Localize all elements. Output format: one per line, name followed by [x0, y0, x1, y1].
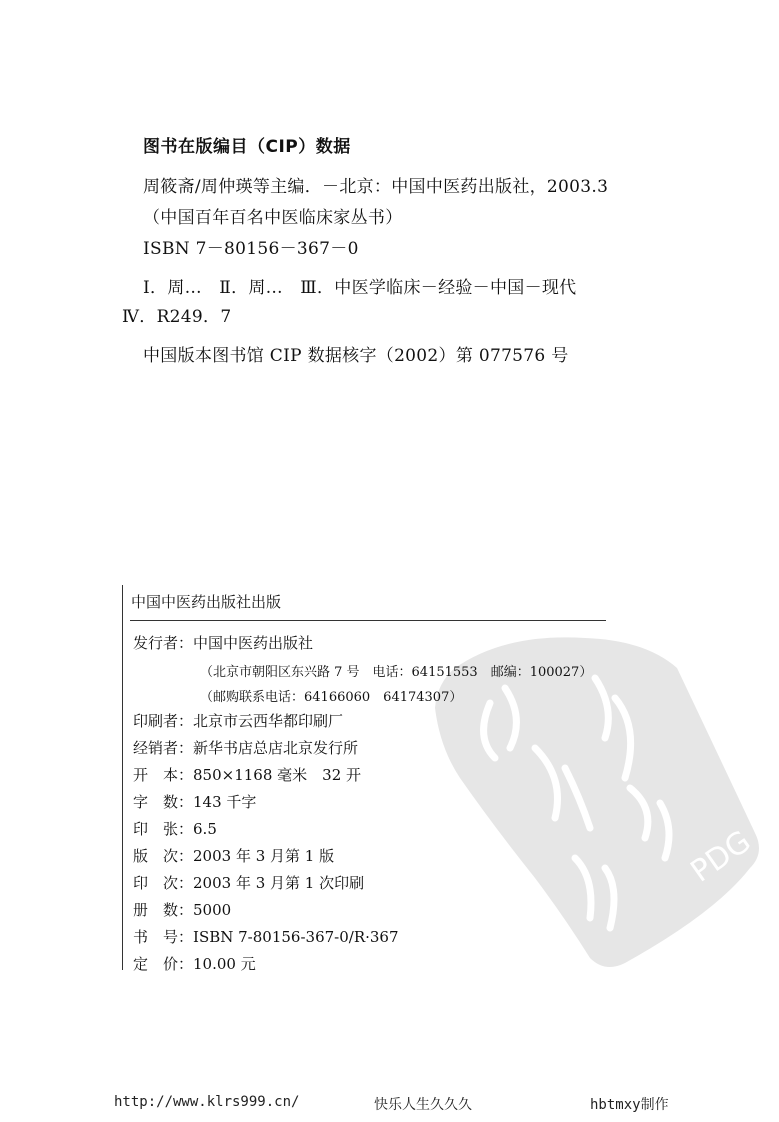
row-label: 定 价：	[133, 953, 193, 974]
row-label: 印 张：	[133, 818, 193, 839]
imprint-row-edition: 版 次：2003 年 3 月第 1 版	[133, 845, 334, 866]
footer-credit: hbtmxy制作	[590, 1094, 669, 1114]
row-value: 新华书店总店北京发行所	[193, 739, 358, 757]
cip-line-isbn: ISBN 7－80156－367－0	[143, 234, 359, 259]
row-value: 143 千字	[193, 793, 256, 811]
cip-line-verification: 中国版本图书馆 CIP 数据核字（2002）第 077576 号	[143, 341, 569, 366]
imprint-row-distributor: 经销者：新华书店总店北京发行所	[133, 737, 358, 758]
row-label: 开 本：	[133, 764, 193, 785]
cip-title: 图书在版编目（CIP）数据	[143, 132, 351, 157]
mail-order-line: （邮购联系电话：64166060 64174307）	[200, 686, 462, 705]
issuer-row: 发行者：中国中医药出版社	[133, 632, 313, 653]
imprint-row-copies: 册 数：5000	[133, 899, 231, 920]
imprint-row-book-number: 书 号：ISBN 7-80156-367-0/R·367	[133, 926, 399, 947]
imprint-row-printing: 印 次：2003 年 3 月第 1 次印刷	[133, 872, 364, 893]
imprint-row-price: 定 价：10.00 元	[133, 953, 256, 974]
row-value: ISBN 7-80156-367-0/R·367	[193, 928, 399, 946]
address-line: （北京市朝阳区东兴路 7 号 电话：64151553 邮编：100027）	[200, 661, 592, 680]
cip-line-series: （中国百年百名中医临床家丛书）	[143, 203, 403, 228]
row-value: 2003 年 3 月第 1 版	[193, 847, 334, 865]
imprint-row-sheets: 印 张：6.5	[133, 818, 217, 839]
publisher-heading: 中国中医药出版社出版	[131, 591, 281, 612]
row-value: 5000	[193, 901, 231, 919]
row-value: 850×1168 毫米 32 开	[193, 766, 361, 784]
imprint-row-printer: 印刷者：北京市云西华都印刷厂	[133, 710, 343, 731]
cip-line-classification: Ⅳ．R249．7	[122, 302, 231, 327]
row-label: 印 次：	[133, 872, 193, 893]
row-label: 字 数：	[133, 791, 193, 812]
row-value: 6.5	[193, 820, 217, 838]
row-label: 册 数：	[133, 899, 193, 920]
imprint-row-format: 开 本：850×1168 毫米 32 开	[133, 764, 361, 785]
cip-line-subjects: Ⅰ．周… Ⅱ．周… Ⅲ．中医学临床－经验－中国－现代	[143, 273, 576, 298]
footer-url-link[interactable]: http://www.klrs999.cn/	[114, 1094, 299, 1110]
row-value: 北京市云西华都印刷厂	[193, 712, 343, 730]
row-label: 印刷者：	[133, 710, 193, 731]
footer-center-text: 快乐人生久久久	[374, 1094, 472, 1114]
row-value: 2003 年 3 月第 1 次印刷	[193, 874, 364, 892]
row-value: 10.00 元	[193, 955, 256, 973]
imprint-row-word-count: 字 数：143 千字	[133, 791, 256, 812]
row-label: 经销者：	[133, 737, 193, 758]
imprint-left-border	[122, 585, 123, 970]
issuer-value: 中国中医药出版社	[193, 634, 313, 652]
imprint-divider	[130, 620, 606, 621]
cip-line-authors: 周筱斋/周仲瑛等主编．－北京：中国中医药出版社，2003.3	[143, 172, 608, 197]
row-label: 版 次：	[133, 845, 193, 866]
row-label: 书 号：	[133, 926, 193, 947]
issuer-label: 发行者：	[133, 632, 193, 653]
